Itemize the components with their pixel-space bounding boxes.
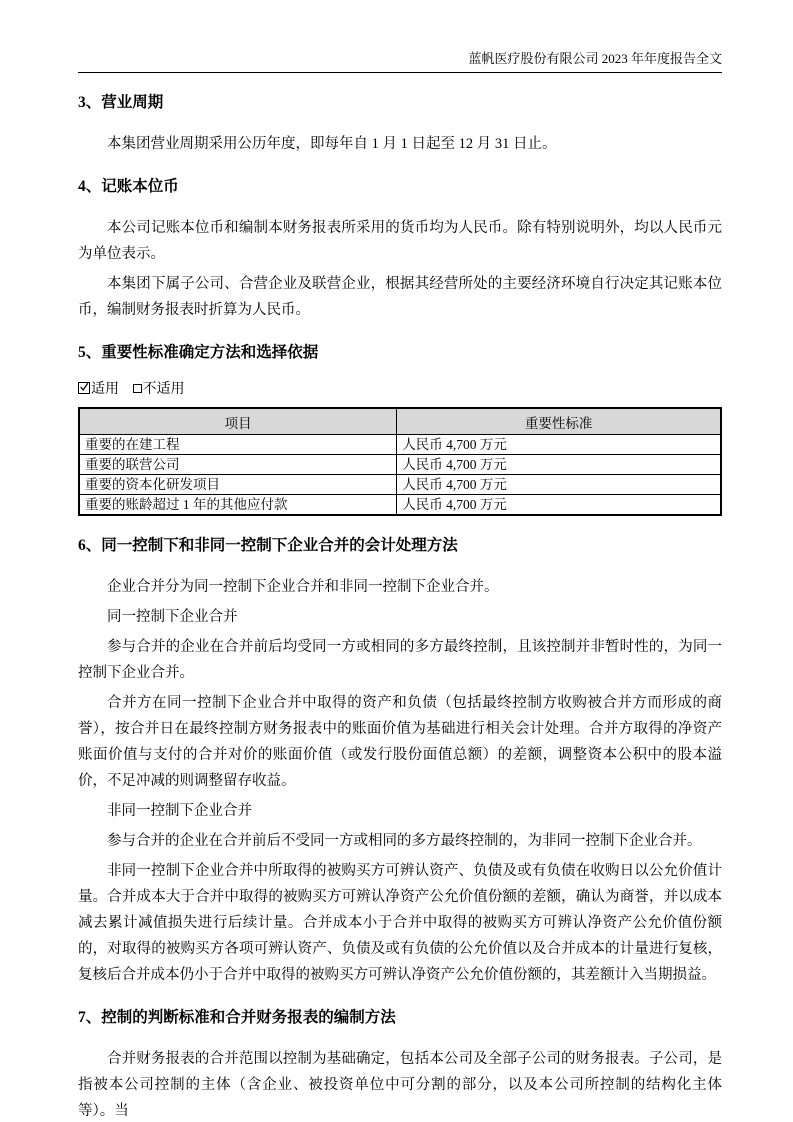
not-applicable-option: 不适用 xyxy=(133,382,185,397)
table-row: 重要的资本化研发项目 人民币 4,700 万元 xyxy=(79,475,721,495)
paragraph: 参与合并的企业在合并前后不受同一方或相同的多方最终控制的，为非同一控制下企业合并… xyxy=(78,828,722,854)
cell-item: 重要的资本化研发项目 xyxy=(79,475,397,495)
section-3-operating-cycle: 3、营业周期 本集团营业周期采用公历年度，即每年自 1 月 1 日起至 12 月… xyxy=(78,90,722,157)
document-page: 蓝帆医疗股份有限公司 2023 年年度报告全文 3、营业周期 本集团营业周期采用… xyxy=(0,0,793,1122)
section-4-heading: 4、记账本位币 xyxy=(78,174,722,196)
col-header-standard: 重要性标准 xyxy=(397,408,721,435)
cell-standard: 人民币 4,700 万元 xyxy=(397,495,721,516)
applicable-checkbox-icon xyxy=(78,382,90,394)
paragraph: 本公司记账本位币和编制本财务报表所采用的货币均为人民币。除有特别说明外，均以人民… xyxy=(78,215,722,267)
paragraph: 企业合并分为同一控制下企业合并和非同一控制下企业合并。 xyxy=(78,574,722,600)
table-row: 重要的联营公司 人民币 4,700 万元 xyxy=(79,455,721,475)
cell-item: 重要的联营公司 xyxy=(79,455,397,475)
check-mark-icon xyxy=(79,382,89,392)
table-row: 重要的账龄超过 1 年的其他应付款 人民币 4,700 万元 xyxy=(79,495,721,516)
paragraph: 合并方在同一控制下企业合并中取得的资产和负债（包括最终控制方收购被合并方而形成的… xyxy=(78,690,722,794)
section-5-heading: 5、重要性标准确定方法和选择依据 xyxy=(78,340,722,362)
paragraph: 合并财务报表的合并范围以控制为基础确定，包括本公司及全部子公司的财务报表。子公司… xyxy=(78,1046,722,1122)
section-6-heading: 6、同一控制下和非同一控制下企业合并的会计处理方法 xyxy=(78,533,722,555)
section-4-functional-currency: 4、记账本位币 本公司记账本位币和编制本财务报表所采用的货币均为人民币。除有特别… xyxy=(78,174,722,323)
paragraph: 本集团营业周期采用公历年度，即每年自 1 月 1 日起至 12 月 31 日止。 xyxy=(78,131,722,157)
applicable-option: 适用 xyxy=(78,382,123,397)
paragraph: 参与合并的企业在合并前后均受同一方或相同的多方最终控制，且该控制并非暂时性的，为… xyxy=(78,634,722,686)
cell-item: 重要的账龄超过 1 年的其他应付款 xyxy=(79,495,397,516)
materiality-table: 项目 重要性标准 重要的在建工程 人民币 4,700 万元 重要的联营公司 人民… xyxy=(78,407,722,516)
cell-standard: 人民币 4,700 万元 xyxy=(397,455,721,475)
section-3-heading: 3、营业周期 xyxy=(78,90,722,112)
paragraph: 非同一控制下企业合并 xyxy=(78,798,722,824)
table-row: 重要的在建工程 人民币 4,700 万元 xyxy=(79,435,721,455)
paragraph: 本集团下属子公司、合营企业及联营企业，根据其经营所处的主要经济环境自行决定其记账… xyxy=(78,271,722,323)
cell-item: 重要的在建工程 xyxy=(79,435,397,455)
section-7-control-criteria: 7、控制的判断标准和合并财务报表的编制方法 合并财务报表的合并范围以控制为基础确… xyxy=(78,1005,722,1122)
paragraph: 非同一控制下企业合并中所取得的被购买方可辨认资产、负债及或有负债在收购日以公允价… xyxy=(78,858,722,988)
col-header-item: 项目 xyxy=(79,408,397,435)
report-title: 蓝帆医疗股份有限公司 2023 年年度报告全文 xyxy=(468,51,722,66)
not-applicable-label: 不适用 xyxy=(143,382,185,397)
section-5-materiality-criteria: 5、重要性标准确定方法和选择依据 适用 不适用 xyxy=(78,340,722,516)
section-6-business-combinations: 6、同一控制下和非同一控制下企业合并的会计处理方法 企业合并分为同一控制下企业合… xyxy=(78,533,722,988)
paragraph: 同一控制下企业合并 xyxy=(78,604,722,630)
section-7-heading: 7、控制的判断标准和合并财务报表的编制方法 xyxy=(78,1005,722,1027)
table-header-row: 项目 重要性标准 xyxy=(79,408,721,435)
applicable-label: 适用 xyxy=(91,382,119,397)
page-header: 蓝帆医疗股份有限公司 2023 年年度报告全文 xyxy=(78,48,722,73)
applicability-row: 适用 不适用 xyxy=(78,381,722,399)
cell-standard: 人民币 4,700 万元 xyxy=(397,435,721,455)
not-applicable-checkbox-icon xyxy=(133,384,142,393)
cell-standard: 人民币 4,700 万元 xyxy=(397,475,721,495)
